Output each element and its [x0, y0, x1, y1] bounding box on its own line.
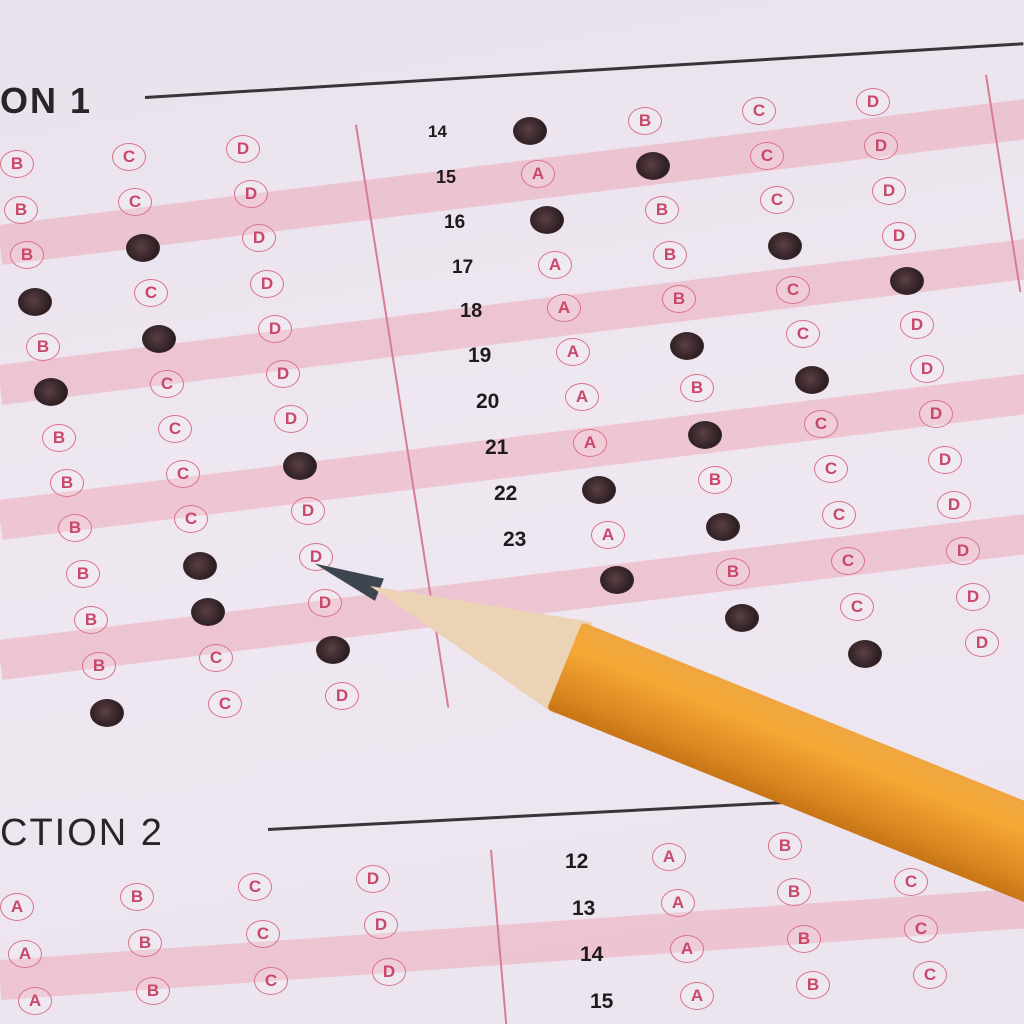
section-1-rule: [145, 42, 1024, 99]
bubble[interactable]: C: [742, 97, 776, 125]
answer-sheet-photo: ON 1 14 15 16 17 18 19 20 21 22 23 26 B …: [0, 0, 1024, 1024]
bubble[interactable]: C: [134, 279, 168, 307]
bubble[interactable]: A: [547, 294, 581, 322]
bubble[interactable]: B: [42, 424, 76, 452]
bubble[interactable]: B: [128, 929, 162, 957]
bubble-filled[interactable]: [768, 232, 802, 260]
question-number: 22: [494, 482, 517, 506]
bubble-filled[interactable]: [795, 366, 829, 394]
bubble[interactable]: D: [250, 270, 284, 298]
bubble[interactable]: B: [50, 469, 84, 497]
question-number: 12: [565, 850, 588, 874]
bubble[interactable]: A: [8, 940, 42, 968]
bubble[interactable]: D: [234, 180, 268, 208]
bubble[interactable]: B: [120, 883, 154, 911]
bubble[interactable]: D: [910, 355, 944, 383]
bubble[interactable]: C: [814, 455, 848, 483]
bubble[interactable]: D: [356, 865, 390, 893]
bubble[interactable]: C: [208, 690, 242, 718]
bubble[interactable]: C: [246, 920, 280, 948]
bubble-filled[interactable]: [90, 699, 124, 727]
bubble[interactable]: C: [804, 410, 838, 438]
bubble[interactable]: D: [364, 911, 398, 939]
bubble-filled[interactable]: [582, 476, 616, 504]
bubble[interactable]: D: [864, 132, 898, 160]
bubble[interactable]: A: [521, 160, 555, 188]
bubble-filled[interactable]: [706, 513, 740, 541]
bubble[interactable]: B: [0, 150, 34, 178]
bubble[interactable]: A: [565, 383, 599, 411]
bubble[interactable]: D: [872, 177, 906, 205]
question-number: 15: [436, 167, 456, 188]
question-number: 20: [476, 390, 499, 414]
bubble[interactable]: C: [913, 961, 947, 989]
bubble[interactable]: D: [919, 400, 953, 428]
section-2-title: CTION 2: [0, 812, 164, 855]
bubble-filled[interactable]: [513, 117, 547, 145]
bubble[interactable]: A: [18, 987, 52, 1015]
bubble[interactable]: D: [258, 315, 292, 343]
bubble[interactable]: D: [291, 497, 325, 525]
bubble[interactable]: D: [956, 583, 990, 611]
bubble[interactable]: C: [831, 547, 865, 575]
bubble-filled[interactable]: [283, 452, 317, 480]
bubble[interactable]: C: [822, 501, 856, 529]
bubble[interactable]: B: [796, 971, 830, 999]
bubble[interactable]: B: [662, 285, 696, 313]
bubble[interactable]: B: [58, 514, 92, 542]
bubble[interactable]: B: [787, 925, 821, 953]
bubble[interactable]: D: [928, 446, 962, 474]
bubble[interactable]: D: [372, 958, 406, 986]
question-number: 23: [503, 528, 526, 552]
bubble[interactable]: A: [0, 893, 34, 921]
bubble[interactable]: A: [661, 889, 695, 917]
bubble[interactable]: A: [573, 429, 607, 457]
bubble[interactable]: B: [26, 333, 60, 361]
bubble[interactable]: A: [680, 982, 714, 1010]
question-number: 16: [444, 212, 465, 234]
bubble[interactable]: D: [882, 222, 916, 250]
bubble[interactable]: D: [274, 405, 308, 433]
bubble[interactable]: D: [242, 224, 276, 252]
bubble-filled[interactable]: [530, 206, 564, 234]
bubble[interactable]: D: [856, 88, 890, 116]
bubble[interactable]: C: [199, 644, 233, 672]
bubble[interactable]: A: [538, 251, 572, 279]
question-number: 14: [428, 122, 447, 142]
bubble[interactable]: C: [150, 370, 184, 398]
bubble[interactable]: C: [786, 320, 820, 348]
bubble[interactable]: D: [937, 491, 971, 519]
bubble-filled[interactable]: [18, 288, 52, 316]
bubble-filled[interactable]: [600, 566, 634, 594]
bubble[interactable]: D: [965, 629, 999, 657]
bubble[interactable]: B: [698, 466, 732, 494]
bubble-filled[interactable]: [670, 332, 704, 360]
bubble-filled[interactable]: [142, 325, 176, 353]
bubble[interactable]: C: [776, 276, 810, 304]
question-number: 13: [572, 897, 595, 921]
bubble[interactable]: B: [66, 560, 100, 588]
question-number: 19: [468, 344, 491, 368]
bubble[interactable]: D: [900, 311, 934, 339]
bubble[interactable]: C: [238, 873, 272, 901]
question-number: 15: [590, 990, 613, 1014]
bubble[interactable]: A: [591, 521, 625, 549]
bubble[interactable]: C: [760, 186, 794, 214]
question-number: 17: [452, 257, 473, 279]
question-number: 18: [460, 300, 482, 323]
bubble[interactable]: A: [652, 843, 686, 871]
bubble[interactable]: C: [158, 415, 192, 443]
bubble-filled[interactable]: [191, 598, 225, 626]
bubble-filled[interactable]: [848, 640, 882, 668]
bubble-filled[interactable]: [688, 421, 722, 449]
bubble[interactable]: D: [266, 360, 300, 388]
bubble-filled[interactable]: [890, 267, 924, 295]
bubble[interactable]: B: [777, 878, 811, 906]
bubble-filled[interactable]: [636, 152, 670, 180]
bubble-filled[interactable]: [183, 552, 217, 580]
bubble[interactable]: B: [74, 606, 108, 634]
bubble[interactable]: B: [716, 558, 750, 586]
bubble[interactable]: B: [10, 241, 44, 269]
bubble[interactable]: C: [118, 188, 152, 216]
bubble[interactable]: C: [174, 505, 208, 533]
bubble[interactable]: A: [670, 935, 704, 963]
bubble[interactable]: B: [628, 107, 662, 135]
bubble[interactable]: B: [4, 196, 38, 224]
bubble[interactable]: B: [136, 977, 170, 1005]
bubble[interactable]: C: [840, 593, 874, 621]
bubble[interactable]: C: [750, 142, 784, 170]
bubble[interactable]: C: [254, 967, 288, 995]
bubble[interactable]: B: [653, 241, 687, 269]
question-number: 21: [485, 436, 508, 460]
bubble[interactable]: B: [645, 196, 679, 224]
bubble[interactable]: B: [82, 652, 116, 680]
section-1-title: ON 1: [0, 80, 92, 122]
bubble[interactable]: D: [226, 135, 260, 163]
bubble-filled[interactable]: [34, 378, 68, 406]
bubble[interactable]: D: [946, 537, 980, 565]
question-number: 14: [580, 943, 603, 967]
bubble[interactable]: C: [112, 143, 146, 171]
bubble-filled[interactable]: [126, 234, 160, 262]
bubble-filled[interactable]: [725, 604, 759, 632]
bubble[interactable]: A: [556, 338, 590, 366]
bubble[interactable]: B: [680, 374, 714, 402]
bubble[interactable]: C: [166, 460, 200, 488]
